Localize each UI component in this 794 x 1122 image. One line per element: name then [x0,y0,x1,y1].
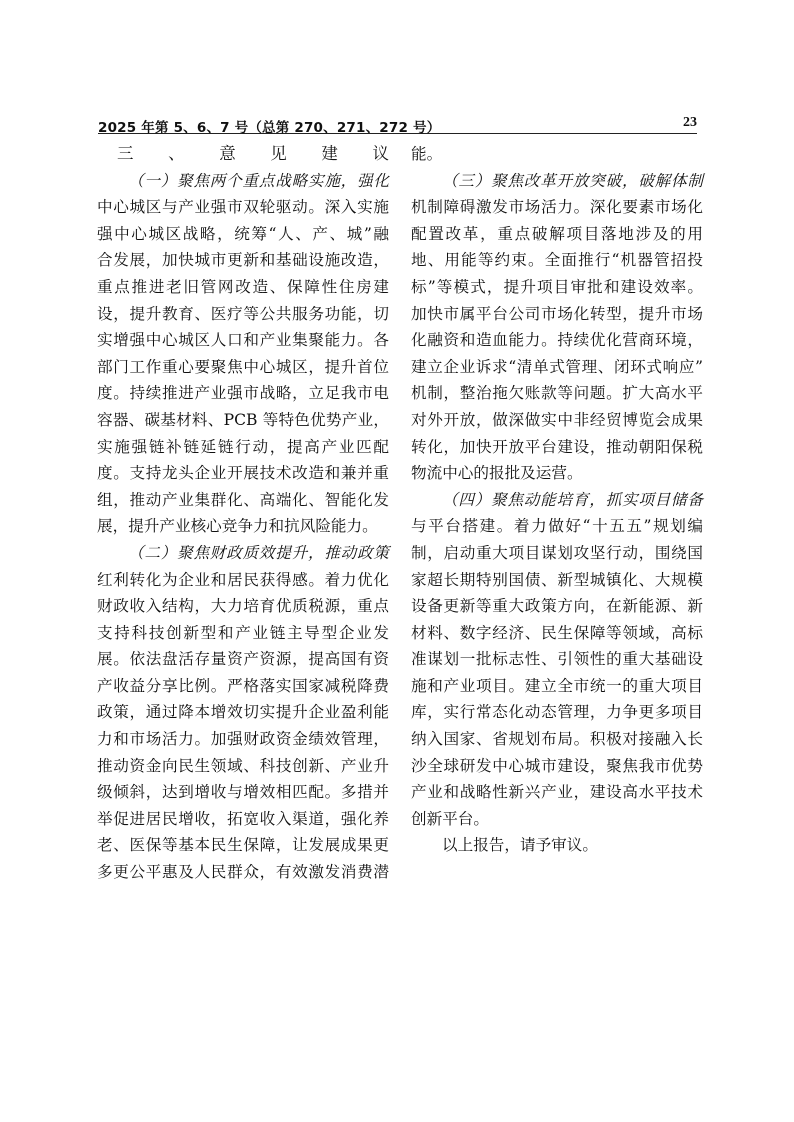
text-line: 强中心城区战略，统筹“人、产、城”融 [97,221,389,248]
text-line: 与平台搭建。着力做好“十五五”规划编 [411,513,703,540]
text-line: 举促进居民增收，拓宽收入渠道，强化养 [97,806,389,833]
text-line: 红利转化为企业和居民获得感。着力优化 [97,567,389,594]
text-line: 合发展，加快城市更新和基础设施改造， [97,247,389,274]
page-number: 23 [683,115,697,131]
text-line: 沙全球研发中心城市建设，聚焦我市优势 [411,753,703,780]
text-line: 转化，加快开放平台建设，推动朝阳保税 [411,434,703,461]
text-line: 部门工作重心要聚焦中心城区，提升首位 [97,354,389,381]
text-line: 库，实行常态化动态管理，力争更多项目 [411,699,703,726]
left-column: 三、意见建议 （一）聚焦两个重点战略实施，强化中心城区与产业强市双轮驱动。深入实… [97,141,389,886]
closing-line: 以上报告，请予审议。 [411,832,703,859]
text-line: 组，推动产业集群化、高端化、智能化发 [97,487,389,514]
text-line: 材料、数字经济、民生保障等领域，高标 [411,620,703,647]
text-line: 度。支持龙头企业开展技术改造和兼并重 [97,460,389,487]
text-line: 家超长期特别国债、新型城镇化、大规模 [411,567,703,594]
text-line: 多更公平惠及人民群众，有效激发消费潜 [97,859,389,886]
text-line: 准谋划一批标志性、引领性的重大基础设 [411,646,703,673]
text-line: 设，提升教育、医疗等公共服务功能，切 [97,301,389,328]
text-line: 中心城区与产业强市双轮驱动。深入实施 [97,194,389,221]
text-line: 加快市属平台公司市场化转型，提升市场 [411,301,703,328]
text-line: 实增强中心城区人口和产业集聚能力。各 [97,327,389,354]
text-line: 实施强链补链延链行动，提高产业匹配 [97,434,389,461]
text-line: 创新平台。 [411,806,703,833]
text-line: 产业和战略性新兴产业，建设高水平技术 [411,779,703,806]
text-line: 制，启动重大项目谋划攻坚行动，围绕国 [411,540,703,567]
text-line: 能。 [411,141,703,168]
text-line: 地、用能等约束。全面推行“机器管招投 [411,247,703,274]
text-line: 机制障碍激发市场活力。深化要素市场化 [411,194,703,221]
text-line: 推动资金向民生领域、科技创新、产业升 [97,753,389,780]
text-line: 对外开放，做深做实中非经贸博览会成果 [411,407,703,434]
text-line: 机制，整治拖欠账款等问题。扩大高水平 [411,380,703,407]
text-line: 支持科技创新型和产业链主导型企业发 [97,620,389,647]
text-line: 政策，通过降本增效切实提升企业盈利能 [97,699,389,726]
subsection-heading: （二）聚焦财政质效提升，推动政策 [97,540,389,567]
text-line: 化融资和造血能力。持续优化营商环境， [411,327,703,354]
text-line: 展。依法盘活存量资产资源，提高国有资 [97,646,389,673]
text-line: 重点推进老旧管网改造、保障性住房建 [97,274,389,301]
text-line: 展，提升产业核心竞争力和抗风险能力。 [97,513,389,540]
subsection-heading: （一）聚焦两个重点战略实施，强化 [97,168,389,195]
right-column: 能。（三）聚焦改革开放突破，破解体制机制障碍激发市场活力。深化要素市场化配置改革… [411,141,703,859]
text-line: 物流中心的报批及运营。 [411,460,703,487]
page-header: 2025 年第 5、6、7 号（总第 270、271、272 号） 23 [98,116,697,134]
text-line: 容器、碳基材料、PCB 等特色优势产业， [97,407,389,434]
subsection-heading: （四）聚焦动能培育，抓实项目储备 [411,487,703,514]
text-line: 施和产业项目。建立全市统一的重大项目 [411,673,703,700]
text-line: 纳入国家、省规划布局。积极对接融入长 [411,726,703,753]
text-line: 配置改革，重点破解项目落地涉及的用 [411,221,703,248]
text-line: 产收益分享比例。严格落实国家减税降费 [97,673,389,700]
text-line: 度。持续推进产业强市战略，立足我市电 [97,380,389,407]
text-line: 建立企业诉求“清单式管理、闭环式响应” [411,354,703,381]
text-line: 设备更新等重大政策方向，在新能源、新 [411,593,703,620]
text-line: 级倾斜，达到增收与增效相匹配。多措并 [97,779,389,806]
section-title: 三、意见建议 [97,141,389,168]
text-line: 标”等模式，提升项目审批和建设效率。 [411,274,703,301]
text-line: 力和市场活力。加强财政资金绩效管理， [97,726,389,753]
text-line: 财政收入结构，大力培育优质税源，重点 [97,593,389,620]
subsection-heading: （三）聚焦改革开放突破，破解体制 [411,168,703,195]
issue-label: 2025 年第 5、6、7 号（总第 270、271、272 号） [98,116,440,136]
text-line: 老、医保等基本民生保障，让发展成果更 [97,832,389,859]
